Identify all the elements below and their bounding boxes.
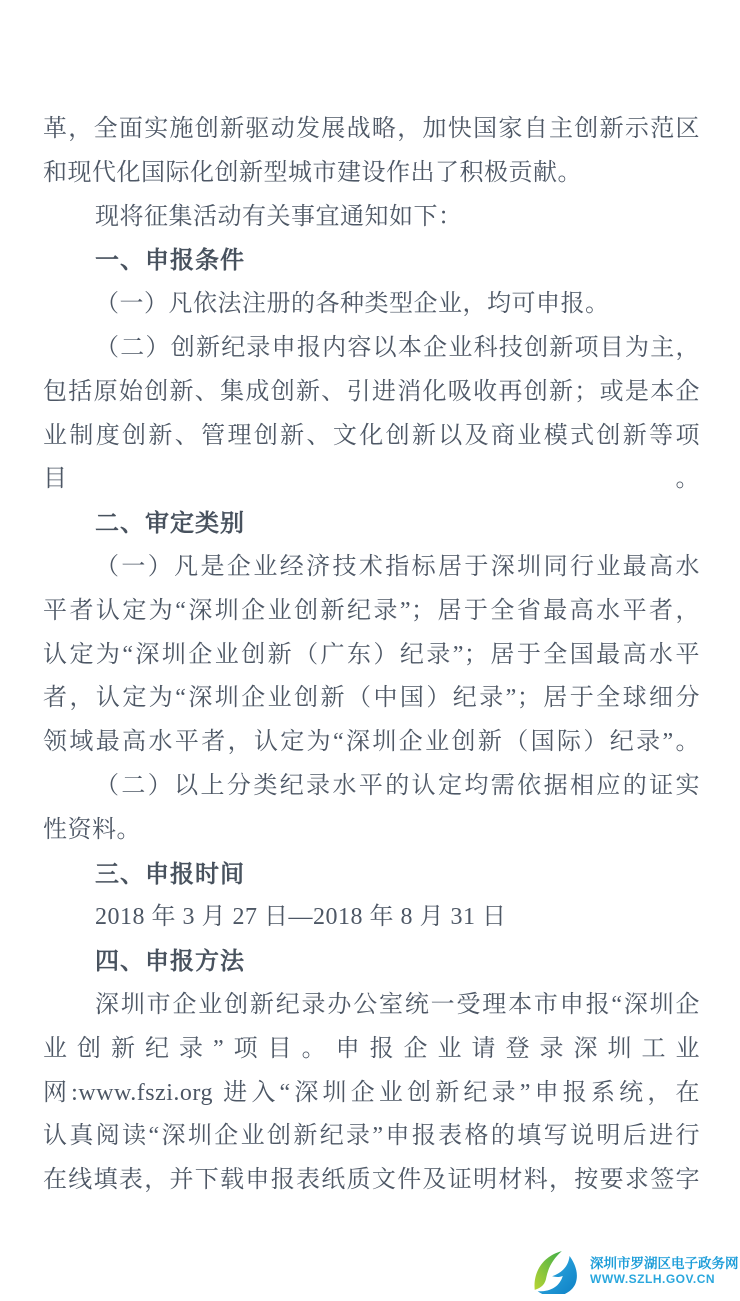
doc-line: （二）创新纪录申报内容以本企业科技创新项目为主， <box>43 327 700 371</box>
doc-line: 和现代化国际化创新型城市建设作出了积极贡献。 <box>43 152 700 196</box>
section-heading: 二、审定类别 <box>43 502 700 546</box>
doc-line: 包括原始创新、集成创新、引进消化吸收再创新；或是本企 <box>43 371 700 415</box>
doc-line: 平者认定为“深圳企业创新纪录”；居于全省最高水平者， <box>43 590 700 634</box>
footer-site-url: WWW.SZLH.GOV.CN <box>590 1272 739 1287</box>
doc-line: 深圳市企业创新纪录办公室统一受理本市申报“深圳企 <box>43 984 700 1028</box>
doc-line: 认真阅读“深圳企业创新纪录”申报表格的填写说明后进行 <box>43 1115 700 1159</box>
section-heading: 三、申报时间 <box>43 853 700 897</box>
doc-line: 性资料。 <box>43 809 700 853</box>
doc-line: 现将征集活动有关事宜通知如下： <box>43 196 700 240</box>
footer-brand: 深圳市罗湖区电子政务网 WWW.SZLH.GOV.CN <box>527 1247 739 1294</box>
doc-line: 业创新纪录”项目。申报企业请登录深圳工业 <box>43 1028 700 1072</box>
doc-line: 革，全面实施创新驱动发展战略，加快国家自主创新示范区 <box>43 108 700 152</box>
doc-line: （二）以上分类纪录水平的认定均需依据相应的证实 <box>43 765 700 809</box>
footer-site-name: 深圳市罗湖区电子政务网 <box>590 1255 739 1272</box>
doc-line: 网:www.fszi.org 进入“深圳企业创新纪录”申报系统，在 <box>43 1072 700 1116</box>
section-heading: 四、申报方法 <box>43 940 700 984</box>
doc-line: （一）凡是企业经济技术指标居于深圳同行业最高水 <box>43 546 700 590</box>
document-body: 革，全面实施创新驱动发展战略，加快国家自主创新示范区 和现代化国际化创新型城市建… <box>43 108 700 1203</box>
doc-line: （一）凡依法注册的各种类型企业，均可申报。 <box>43 283 700 327</box>
lh-egov-swoosh-logo-icon <box>527 1247 585 1294</box>
doc-line: 认定为“深圳企业创新（广东）纪录”；居于全国最高水平 <box>43 634 700 678</box>
doc-line: 在线填表，并下载申报表纸质文件及证明材料，按要求签字 <box>43 1159 700 1203</box>
section-heading: 一、申报条件 <box>43 239 700 283</box>
doc-line: 业制度创新、管理创新、文化创新以及商业模式创新等项目。 <box>43 415 700 503</box>
scanned-notice-page: { "page": { "background": "#ffffff", "bo… <box>0 0 740 1301</box>
application-date-range: 2018 年 3 月 27 日—2018 年 8 月 31 日 <box>43 896 700 940</box>
doc-line: 领域最高水平者，认定为“深圳企业创新（国际）纪录”。 <box>43 721 700 765</box>
doc-line: 者，认定为“深圳企业创新（中国）纪录”；居于全球细分 <box>43 677 700 721</box>
footer-site-text: 深圳市罗湖区电子政务网 WWW.SZLH.GOV.CN <box>590 1255 739 1287</box>
